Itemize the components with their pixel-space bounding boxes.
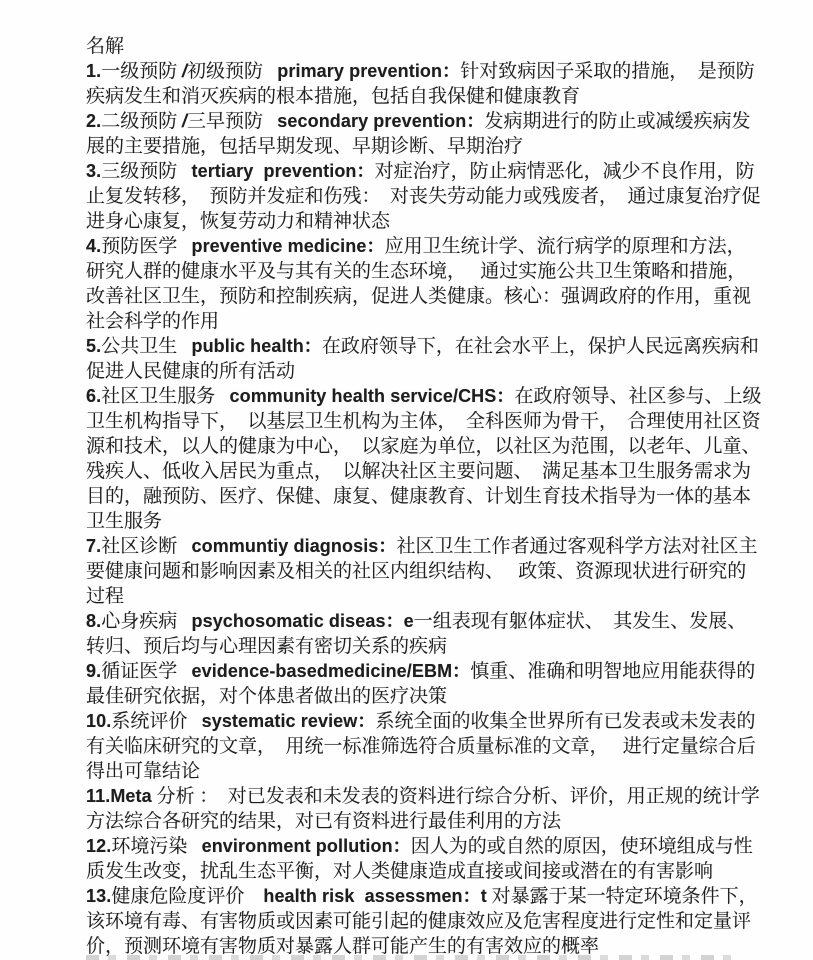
english-term: systematic review： — [202, 711, 376, 731]
item-number: 8. — [86, 611, 101, 631]
english-term: community health service/CHS： — [229, 386, 514, 406]
chinese-text-run: 分析 ： 对已发表和未发表的资料进行综合分析、评价，用正规的统计学方法综合各研究… — [86, 786, 760, 832]
document-title: 名解 — [86, 34, 764, 59]
definition-item: 11.Meta 分析 ： 对已发表和未发表的资料进行综合分析、评价，用正规的统计… — [86, 784, 764, 834]
definition-item: 12.环境污染 environment pollution：因人为的或自然的原因… — [86, 834, 764, 884]
item-number: 4. — [86, 236, 101, 256]
chinese-text-run: 三早预防 — [187, 111, 277, 132]
chinese-text-run: 一级预防 — [101, 61, 182, 82]
definition-item: 4.预防医学 preventive medicine：应用卫生统计学、流行病学的… — [86, 234, 764, 334]
chinese-text-run: 在政府领导、社区参与、上级卫生机构指导下， 以基层卫生机构为主体， 全科医师为骨… — [86, 386, 762, 532]
definition-item: 5.公共卫生 public health：在政府领导下，在社会水平上，保护人民远… — [86, 334, 764, 384]
document-content: 名解 1.一级预防 /初级预防 primary prevention：针对致病因… — [86, 34, 764, 959]
english-term: public health： — [191, 336, 321, 356]
definitions-list: 1.一级预防 /初级预防 primary prevention：针对致病因子采取… — [86, 59, 764, 959]
english-term: communtiy diagnosis： — [191, 536, 396, 556]
english-term: psychosomatic diseas：e — [191, 611, 413, 631]
english-term: evidence-basedmedicine/EBM： — [191, 661, 470, 681]
item-number: 12. — [86, 836, 111, 856]
chinese-text-run: 循证医学 — [101, 661, 191, 682]
english-term: tertiary prevention： — [191, 161, 374, 181]
definition-item: 9.循证医学 evidence-basedmedicine/EBM：慎重、准确和… — [86, 659, 764, 709]
definition-item: 8.心身疾病 psychosomatic diseas：e一组表现有躯体症状、 … — [86, 609, 764, 659]
chinese-text-run: 初级预防 — [187, 61, 277, 82]
chinese-text-run: 公共卫生 — [101, 336, 191, 357]
chinese-text-run: 社区卫生服务 — [101, 386, 229, 407]
english-term: preventive medicine： — [191, 236, 384, 256]
item-number: 9. — [86, 661, 101, 681]
definition-item: 3.三级预防 tertiary prevention：对症治疗，防止病情恶化，减… — [86, 159, 764, 234]
definition-item: 13.健康危险度评价 health risk assessmen：t 对暴露于某… — [86, 884, 764, 959]
definition-item: 1.一级预防 /初级预防 primary prevention：针对致病因子采取… — [86, 59, 764, 109]
document-page: 名解 1.一级预防 /初级预防 primary prevention：针对致病因… — [0, 0, 813, 960]
item-number: 5. — [86, 336, 101, 356]
item-number: 2. — [86, 111, 101, 131]
definition-item: 6.社区卫生服务 community health service/CHS：在政… — [86, 384, 764, 534]
chinese-text-run: 系统评价 — [111, 711, 201, 732]
chinese-text-run: 三级预防 — [101, 161, 191, 182]
item-number: 1. — [86, 61, 101, 81]
item-number: 3. — [86, 161, 101, 181]
item-number: 13. — [86, 886, 111, 906]
definition-item: 2.二级预防 /三早预防 secondary prevention：发病期进行的… — [86, 109, 764, 159]
item-number: 10. — [86, 711, 111, 731]
english-term: secondary prevention： — [277, 111, 484, 131]
english-term: primary prevention： — [277, 61, 460, 81]
definition-item: 10.系统评价 systematic review：系统全面的收集全世界所有已发… — [86, 709, 764, 784]
item-number: 6. — [86, 386, 101, 406]
chinese-text-run: 环境污染 — [111, 836, 201, 857]
chinese-text-run: 二级预防 — [101, 111, 182, 132]
chinese-text-run: 心身疾病 — [101, 611, 191, 632]
chinese-text-run: 社区诊断 — [101, 536, 191, 557]
page-bottom-cutoff-text — [86, 955, 736, 960]
english-term: environment pollution： — [202, 836, 411, 856]
definition-item: 7.社区诊断 communtiy diagnosis：社区卫生工作者通过客观科学… — [86, 534, 764, 609]
english-term: health risk assessmen：t — [263, 886, 487, 906]
chinese-text-run: 健康危险度评价 — [111, 886, 263, 907]
chinese-text-run: 预防医学 — [101, 236, 191, 257]
item-number: 11.Meta — [86, 786, 152, 806]
item-number: 7. — [86, 536, 101, 556]
